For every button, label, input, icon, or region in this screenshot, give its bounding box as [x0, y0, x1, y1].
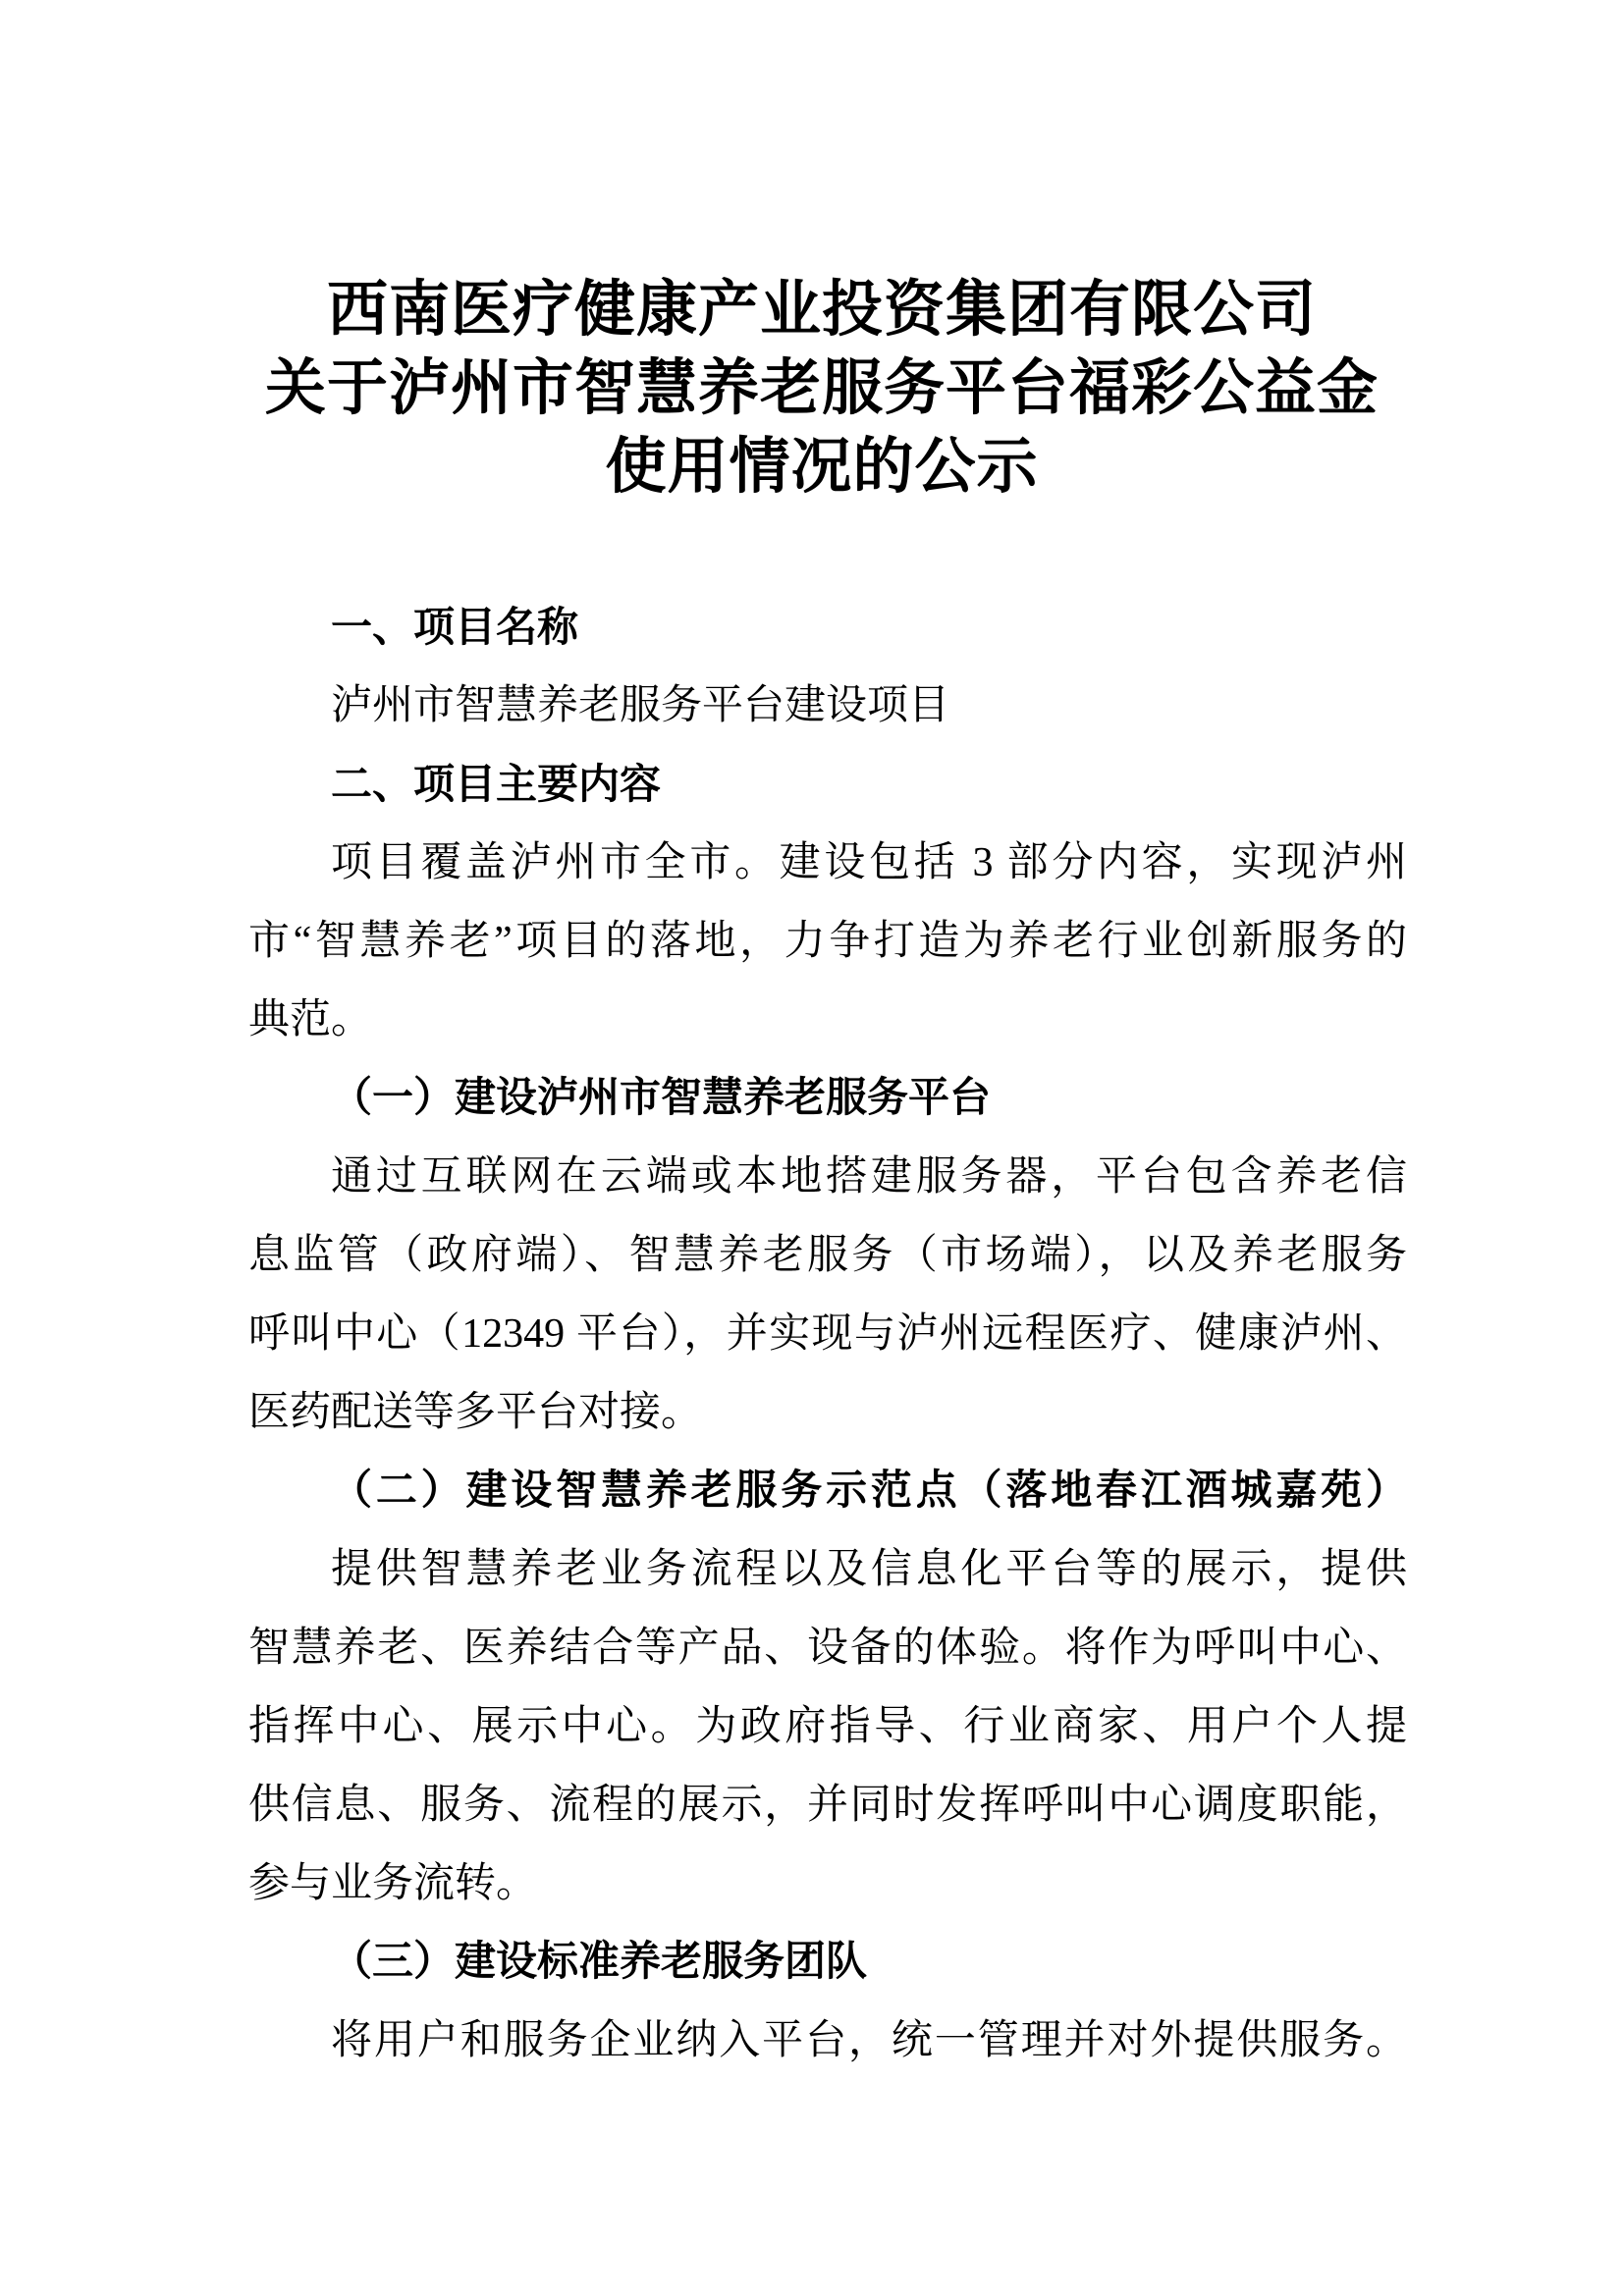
document-title: 西南医疗健康产业投资集团有限公司 关于泸州市智慧养老服务平台福彩公益金 使用情况… [243, 271, 1401, 507]
body-line: 市“智慧养老”项目的落地，力争打造为养老行业创新服务的 [248, 902, 1407, 981]
body-line: 泸州市智慧养老服务平台建设项目 [248, 667, 1407, 745]
body-line: 参与业务流转。 [248, 1844, 1407, 1923]
body-line: 典范。 [248, 981, 1407, 1059]
subheading-line: （三）建设标准养老服务团队 [248, 1923, 1407, 2002]
body-line: 提供智慧养老业务流程以及信息化平台等的展示，提供 [248, 1530, 1407, 1609]
document-page: 西南医疗健康产业投资集团有限公司 关于泸州市智慧养老服务平台福彩公益金 使用情况… [0, 0, 1623, 2296]
body-line: 呼叫中心（12349 平台），并实现与泸州远程医疗、健康泸州、 [248, 1295, 1407, 1373]
subheading-line: （二）建设智慧养老服务示范点（落地春江酒城嘉苑） [248, 1452, 1407, 1530]
body-line: 指挥中心、展示中心。为政府指导、行业商家、用户个人提 [248, 1687, 1407, 1766]
subheading-line: （一）建设泸州市智慧养老服务平台 [248, 1059, 1407, 1138]
body-line: 通过互联网在云端或本地搭建服务器，平台包含养老信 [248, 1138, 1407, 1216]
body-line: 项目覆盖泸州市全市。建设包括 3 部分内容，实现泸州 [248, 824, 1407, 902]
heading-line: 二、项目主要内容 [248, 745, 1407, 824]
body-line: 将用户和服务企业纳入平台，统一管理并对外提供服务。 [248, 2002, 1407, 2080]
document-title-line-3: 使用情况的公示 [243, 428, 1401, 507]
document-body: 一、项目名称泸州市智慧养老服务平台建设项目二、项目主要内容项目覆盖泸州市全市。建… [248, 588, 1407, 2080]
body-line: 息监管（政府端）、智慧养老服务（市场端），以及养老服务 [248, 1216, 1407, 1295]
heading-line: 一、项目名称 [248, 588, 1407, 667]
body-line: 智慧养老、医养结合等产品、设备的体验。将作为呼叫中心、 [248, 1609, 1407, 1687]
document-title-line-1: 西南医疗健康产业投资集团有限公司 [243, 271, 1401, 349]
body-line: 供信息、服务、流程的展示，并同时发挥呼叫中心调度职能， [248, 1766, 1407, 1844]
document-title-line-2: 关于泸州市智慧养老服务平台福彩公益金 [243, 349, 1401, 428]
body-line: 医药配送等多平台对接。 [248, 1373, 1407, 1452]
